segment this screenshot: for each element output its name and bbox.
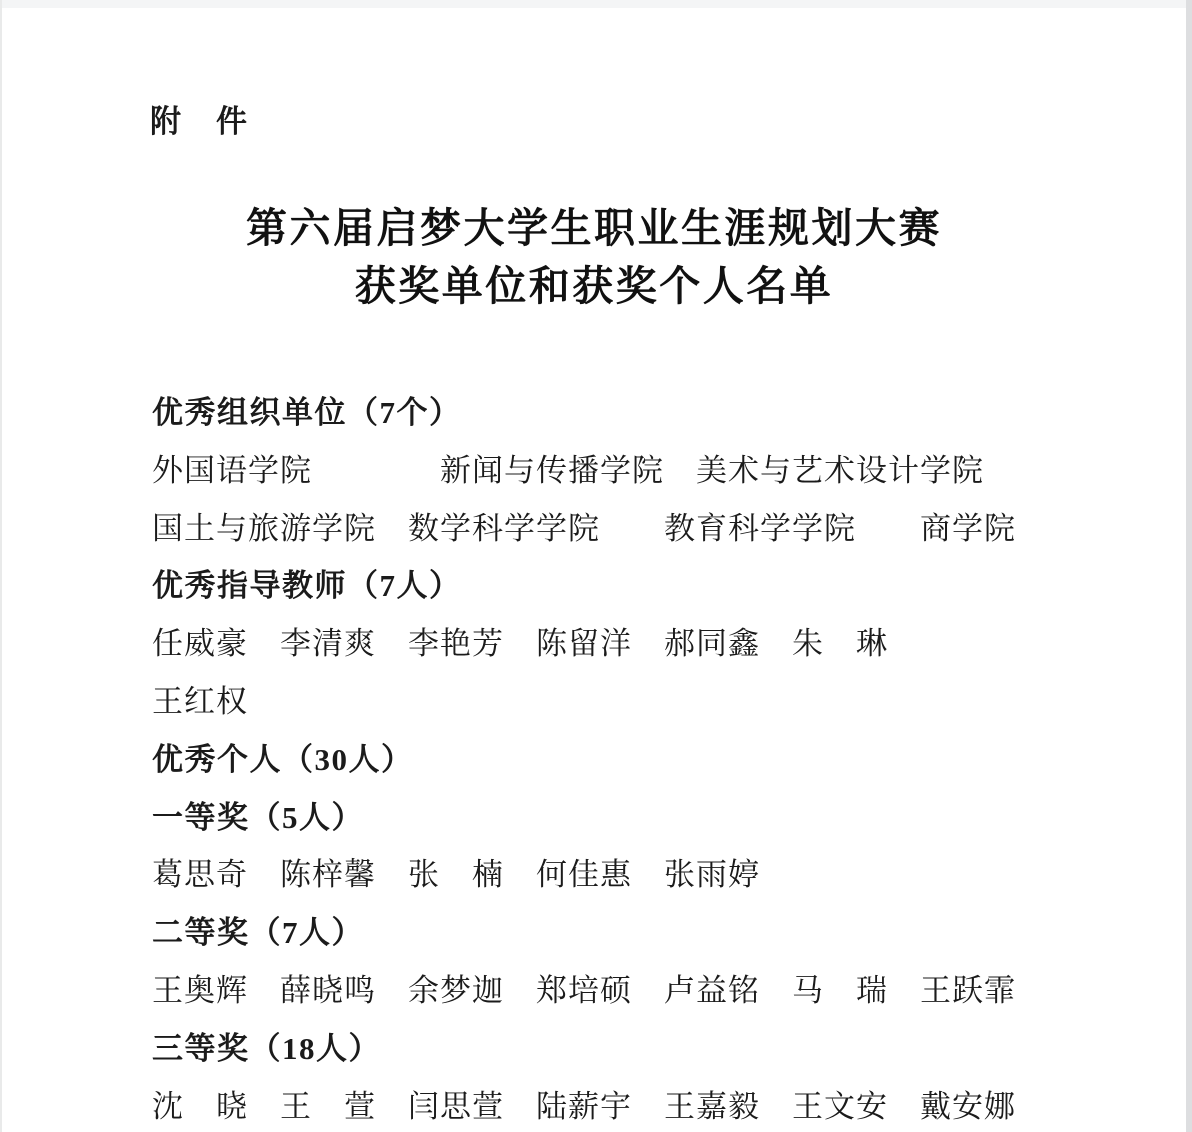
- organizations-row-2: 国土与旅游学院 数学科学学院 教育科学学院 商学院: [152, 500, 1112, 558]
- third-prize-winners-row: 沈 晓 王 萱 闫思萱 陆薪宇 王嘉毅 王文安 戴安娜: [152, 1078, 1112, 1132]
- heading-first-prize: 一等奖（5人）: [152, 789, 1112, 847]
- document-title-line-2: 获奖单位和获奖个人名单: [2, 257, 1186, 315]
- document-viewport: 附 件 第六届启梦大学生职业生涯规划大赛 获奖单位和获奖个人名单 优秀组织单位（…: [0, 0, 1192, 1132]
- heading-excellent-advisors: 优秀指导教师（7人）: [152, 557, 1112, 615]
- document-page: 附 件 第六届启梦大学生职业生涯规划大赛 获奖单位和获奖个人名单 优秀组织单位（…: [2, 8, 1186, 1132]
- document-title-line-1: 第六届启梦大学生职业生涯规划大赛: [2, 199, 1186, 257]
- organizations-row-1: 外国语学院 新闻与传播学院 美术与艺术设计学院: [152, 442, 1112, 500]
- attachment-label: 附 件: [150, 96, 249, 141]
- first-prize-winners-row: 葛思奇 陈梓馨 张 楠 何佳惠 张雨婷: [152, 846, 1112, 904]
- heading-excellent-organizations: 优秀组织单位（7个）: [152, 384, 1112, 442]
- viewer-left-edge: [0, 0, 2, 1132]
- advisors-row-2: 王红权: [152, 673, 1112, 731]
- heading-third-prize: 三等奖（18人）: [152, 1020, 1112, 1078]
- viewer-right-gutter: [1186, 0, 1192, 1132]
- document-body: 优秀组织单位（7个） 外国语学院 新闻与传播学院 美术与艺术设计学院 国土与旅游…: [152, 384, 1112, 1132]
- document-title: 第六届启梦大学生职业生涯规划大赛 获奖单位和获奖个人名单: [2, 199, 1186, 315]
- heading-second-prize: 二等奖（7人）: [152, 904, 1112, 962]
- advisors-row-1: 任威豪 李清爽 李艳芳 陈留洋 郝同鑫 朱 琳: [152, 615, 1112, 673]
- second-prize-winners-row: 王奥辉 薛晓鸣 余梦迦 郑培硕 卢益铭 马 瑞 王跃霏: [152, 962, 1112, 1020]
- heading-excellent-individuals: 优秀个人（30人）: [152, 731, 1112, 789]
- viewer-top-gutter: [0, 0, 1192, 8]
